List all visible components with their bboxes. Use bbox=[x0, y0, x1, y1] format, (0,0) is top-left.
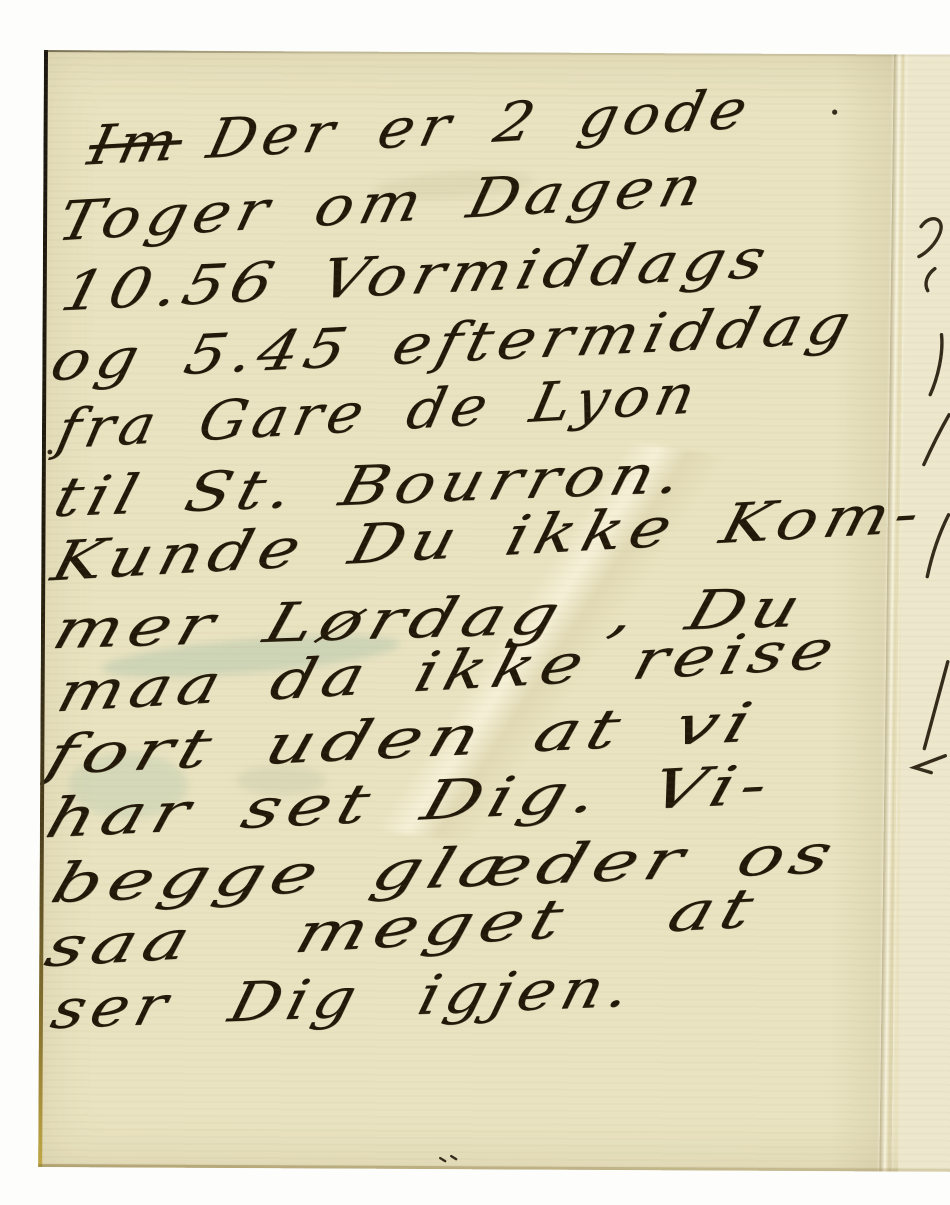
crossed-out-word: Im bbox=[83, 111, 189, 177]
handwriting-text: ImDer er 2 gode Toger om Dagen 10.56 Vor… bbox=[38, 50, 950, 1172]
letter-page: ImDer er 2 gode Toger om Dagen 10.56 Vor… bbox=[38, 50, 950, 1172]
letter-scan: ImDer er 2 gode Toger om Dagen 10.56 Vor… bbox=[0, 0, 950, 1205]
